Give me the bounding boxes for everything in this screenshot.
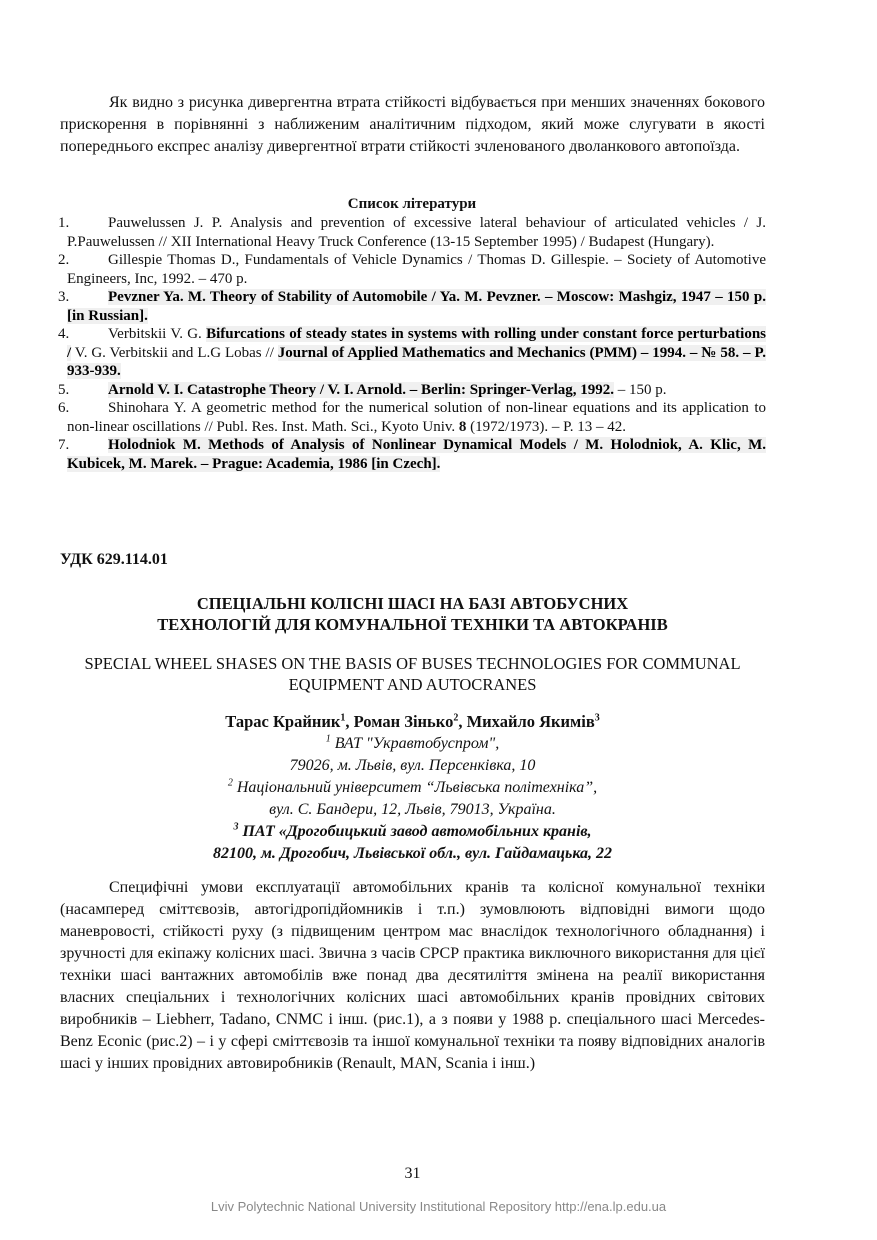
authors-line: Тарас Крайник1, Роман Зінько2, Михайло Я…: [60, 711, 765, 733]
title-ua-line: СПЕЦІАЛЬНІ КОЛІСНІ ШАСІ НА БАЗІ АВТОБУСН…: [60, 593, 765, 614]
reference-item-2: 2.Gillespie Thomas D., Fundamentals of V…: [58, 251, 766, 288]
affiliation-2-address: вул. С. Бандери, 12, Львів, 79013, Украї…: [60, 799, 765, 821]
reference-item-1: 1.Pauwelussen J. P. Analysis and prevent…: [58, 214, 766, 251]
body-paragraph: Специфічні умови експлуатації автомобіль…: [60, 877, 765, 1075]
separator: ,: [345, 712, 353, 731]
reference-item-3: 3.Pevzner Ya. M. Theory of Stability of …: [58, 288, 766, 325]
reference-text: Shinohara Y. A geometric method for the …: [67, 400, 766, 435]
title-en-line: SPECIAL WHEEL SHASES ON THE BASIS OF BUS…: [60, 653, 765, 674]
author-name: Михайло Якимів: [467, 712, 595, 731]
reference-text: Pauwelussen J. P. Analysis and preventio…: [67, 215, 766, 250]
author-name: Тарас Крайник: [225, 712, 340, 731]
page-number: 31: [60, 1165, 765, 1183]
reference-text: V. G. Verbitskii and L.G Lobas //: [71, 345, 278, 361]
udk-code: УДК 629.114.01: [60, 551, 765, 569]
reference-text: Gillespie Thomas D., Fundamentals of Veh…: [67, 252, 766, 287]
intro-paragraph: Як видно з рисунка дивергентна втрата ст…: [60, 92, 765, 158]
author-name: Роман Зінько: [354, 712, 454, 731]
intro-section: Як видно з рисунка дивергентна втрата ст…: [60, 92, 765, 158]
affiliation-line: ВАТ "Укравтобуспром",: [331, 735, 499, 752]
reference-text: – 150 p.: [614, 382, 667, 398]
reference-item-7: 7.Holodniok M. Methods of Analysis of No…: [58, 436, 766, 473]
title-ua-line: ТЕХНОЛОГІЙ ДЛЯ КОМУНАЛЬНОЇ ТЕХНІКИ ТА АВ…: [60, 614, 765, 635]
body-section: Специфічні умови експлуатації автомобіль…: [60, 877, 765, 1075]
reference-highlighted-text: Holodniok M. Methods of Analysis of Nonl…: [67, 437, 766, 472]
reference-number: 4.: [58, 325, 108, 344]
affiliation-3-address: 82100, м. Дрогобич, Львівської обл., вул…: [60, 843, 765, 865]
affiliation-line: Національний університет “Львівська полі…: [233, 779, 597, 796]
reference-text: Verbitskii V. G.: [108, 326, 206, 342]
reference-item-4: 4.Verbitskii V. G. Bifurcations of stead…: [58, 325, 766, 381]
body-paragraph-text: Специфічні умови експлуатації автомобіль…: [60, 879, 765, 1072]
reference-highlighted-text: Arnold V. I. Catastrophe Theory / V. I. …: [108, 382, 614, 398]
intro-paragraph-text: Як видно з рисунка дивергентна втрата ст…: [60, 94, 765, 155]
reference-highlighted-text: Pevzner Ya. M. Theory of Stability of Au…: [67, 289, 766, 324]
repository-footer: Lviv Polytechnic National University Ins…: [0, 1199, 877, 1214]
reference-number: 5.: [58, 381, 108, 400]
authors-section: Тарас Крайник1, Роман Зінько2, Михайло Я…: [60, 711, 765, 865]
article-title-ua: СПЕЦІАЛЬНІ КОЛІСНІ ШАСІ НА БАЗІ АВТОБУСН…: [60, 593, 765, 635]
reference-item-6: 6.Shinohara Y. A geometric method for th…: [58, 399, 766, 436]
title-en-line: EQUIPMENT AND AUTOCRANES: [60, 674, 765, 695]
article-title-en: SPECIAL WHEEL SHASES ON THE BASIS OF BUS…: [60, 653, 765, 695]
affiliation-line: ПАТ «Дрогобицький завод автомобільних кр…: [238, 823, 591, 840]
reference-number: 6.: [58, 399, 108, 418]
reference-number: 3.: [58, 288, 108, 307]
reference-item-5: 5.Arnold V. I. Catastrophe Theory / V. I…: [58, 381, 766, 400]
references-section: Список літератури 1.Pauwelussen J. P. An…: [58, 194, 766, 473]
affiliation-2: 2 Національний університет “Львівська по…: [60, 777, 765, 799]
document-page: Як видно з рисунка дивергентна втрата ст…: [0, 0, 877, 1240]
separator: ,: [458, 712, 466, 731]
affiliation-1-address: 79026, м. Львів, вул. Персенківка, 10: [60, 755, 765, 777]
reference-number: 1.: [58, 214, 108, 233]
reference-number: 2.: [58, 251, 108, 270]
affiliation-3: 3 ПАТ «Дрогобицький завод автомобільних …: [60, 821, 765, 843]
author-sup: 3: [595, 713, 600, 724]
affiliation-1: 1 ВАТ "Укравтобуспром",: [60, 733, 765, 755]
reference-text: (1972/1973). – P. 13 – 42.: [466, 419, 626, 435]
references-title: Список літератури: [58, 194, 766, 214]
reference-number: 7.: [58, 436, 108, 455]
